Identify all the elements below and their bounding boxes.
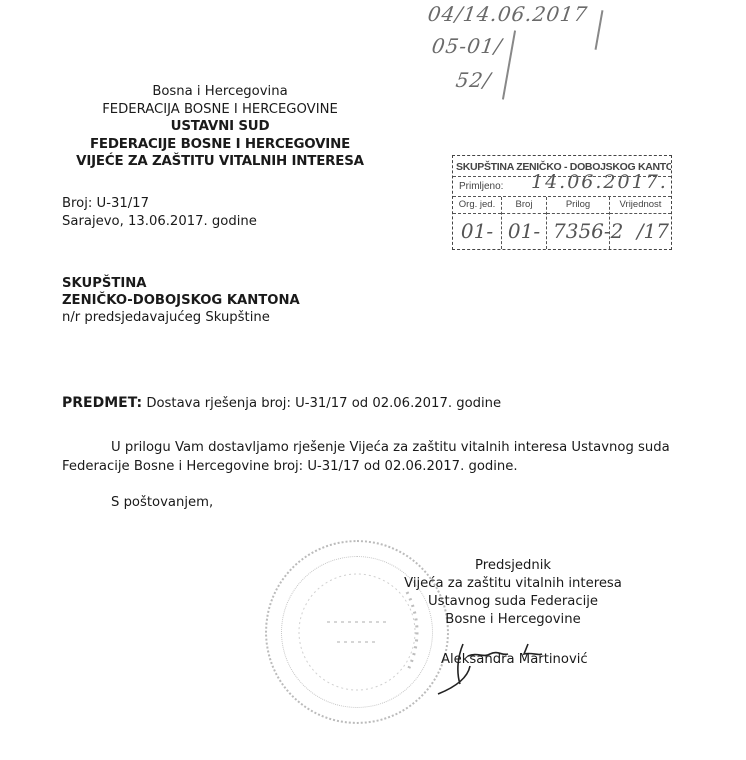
stamp-col-org: Org. jed. 01- <box>453 197 502 249</box>
stamp-received-row: Primljeno: 14.06.2017. <box>453 178 671 197</box>
stamp-columns: Org. jed. 01- Broj 01- Prilog 7356-2 Vri… <box>453 197 671 249</box>
stamp-col-value: /17 <box>610 214 671 248</box>
body-paragraph-line2: Federacije Bosne i Hercegovine broj: U-3… <box>62 459 518 474</box>
signature-title: Predsjednik <box>388 557 638 575</box>
stamp-col-number: Broj 01- <box>502 197 547 249</box>
header-council: VIJEĆE ZA ZAŠTITU VITALNIH INTERESA <box>60 153 380 171</box>
stamp-col-value-field: Vrijednost /17 <box>610 197 671 249</box>
signer-name: Aleksandra Martinović <box>441 652 588 667</box>
header-court-federation: FEDERACIJE BOSNE I HERCEGOVINE <box>60 136 380 154</box>
handwritten-note-code: 05-01/ <box>430 34 504 58</box>
handwritten-note-number: 52/ <box>454 68 493 92</box>
header-court: USTAVNI SUD <box>60 118 380 136</box>
closing: S poštovanjem, <box>111 495 213 510</box>
document-header: Bosna i Hercegovina FEDERACIJA BOSNE I H… <box>60 83 380 171</box>
subject: PREDMET: Dostava rješenja broj: U-31/17 … <box>62 395 501 411</box>
stamp-col-header: Broj <box>502 197 546 214</box>
signature-block: Predsjednik Vijeća za zaštitu vitalnih i… <box>388 557 638 629</box>
stamp-col-value: 01- <box>502 214 546 248</box>
stamp-col-header: Org. jed. <box>453 197 501 214</box>
registry-stamp: SKUPŠTINA ZENIČKO - DOBOJSKOG KANTONA Pr… <box>452 155 672 250</box>
reference-number: Broj: U-31/17 <box>62 196 149 211</box>
handwritten-stroke <box>502 30 516 99</box>
signature-federation: Bosne i Hercegovine <box>388 611 638 629</box>
stamp-received-date: 14.06.2017. <box>531 173 668 191</box>
header-federation: FEDERACIJA BOSNE I HERCEGOVINE <box>60 101 380 119</box>
stamp-col-value: 7356-2 <box>547 214 609 248</box>
stamp-col-attachment: Prilog 7356-2 <box>547 197 610 249</box>
stamp-received-label: Primljeno: <box>459 181 503 192</box>
subject-text: Dostava rješenja broj: U-31/17 od 02.06.… <box>146 396 501 411</box>
recipient-line2: ZENIČKO-DOBOJSKOG KANTONA <box>62 293 300 308</box>
signature-council: Vijeća za zaštitu vitalnih interesa <box>388 575 638 593</box>
stamp-col-header: Vrijednost <box>610 197 671 214</box>
handwritten-note-date: 04/14.06.2017 <box>426 2 589 26</box>
header-country: Bosna i Hercegovina <box>60 83 380 101</box>
stamp-col-value: 01- <box>453 214 501 248</box>
recipient-line1: SKUPŠTINA <box>62 276 147 291</box>
handwritten-stroke <box>595 10 604 50</box>
signature-court: Ustavnog suda Federacije <box>388 593 638 611</box>
stamp-col-header: Prilog <box>547 197 609 214</box>
subject-label: PREDMET: <box>62 395 142 411</box>
recipient-line3: n/r predsjedavajućeg Skupštine <box>62 310 270 325</box>
body-paragraph-line1: U prilogu Vam dostavljamo rješenje Vijeć… <box>111 440 670 455</box>
reference-place-date: Sarajevo, 13.06.2017. godine <box>62 214 257 229</box>
